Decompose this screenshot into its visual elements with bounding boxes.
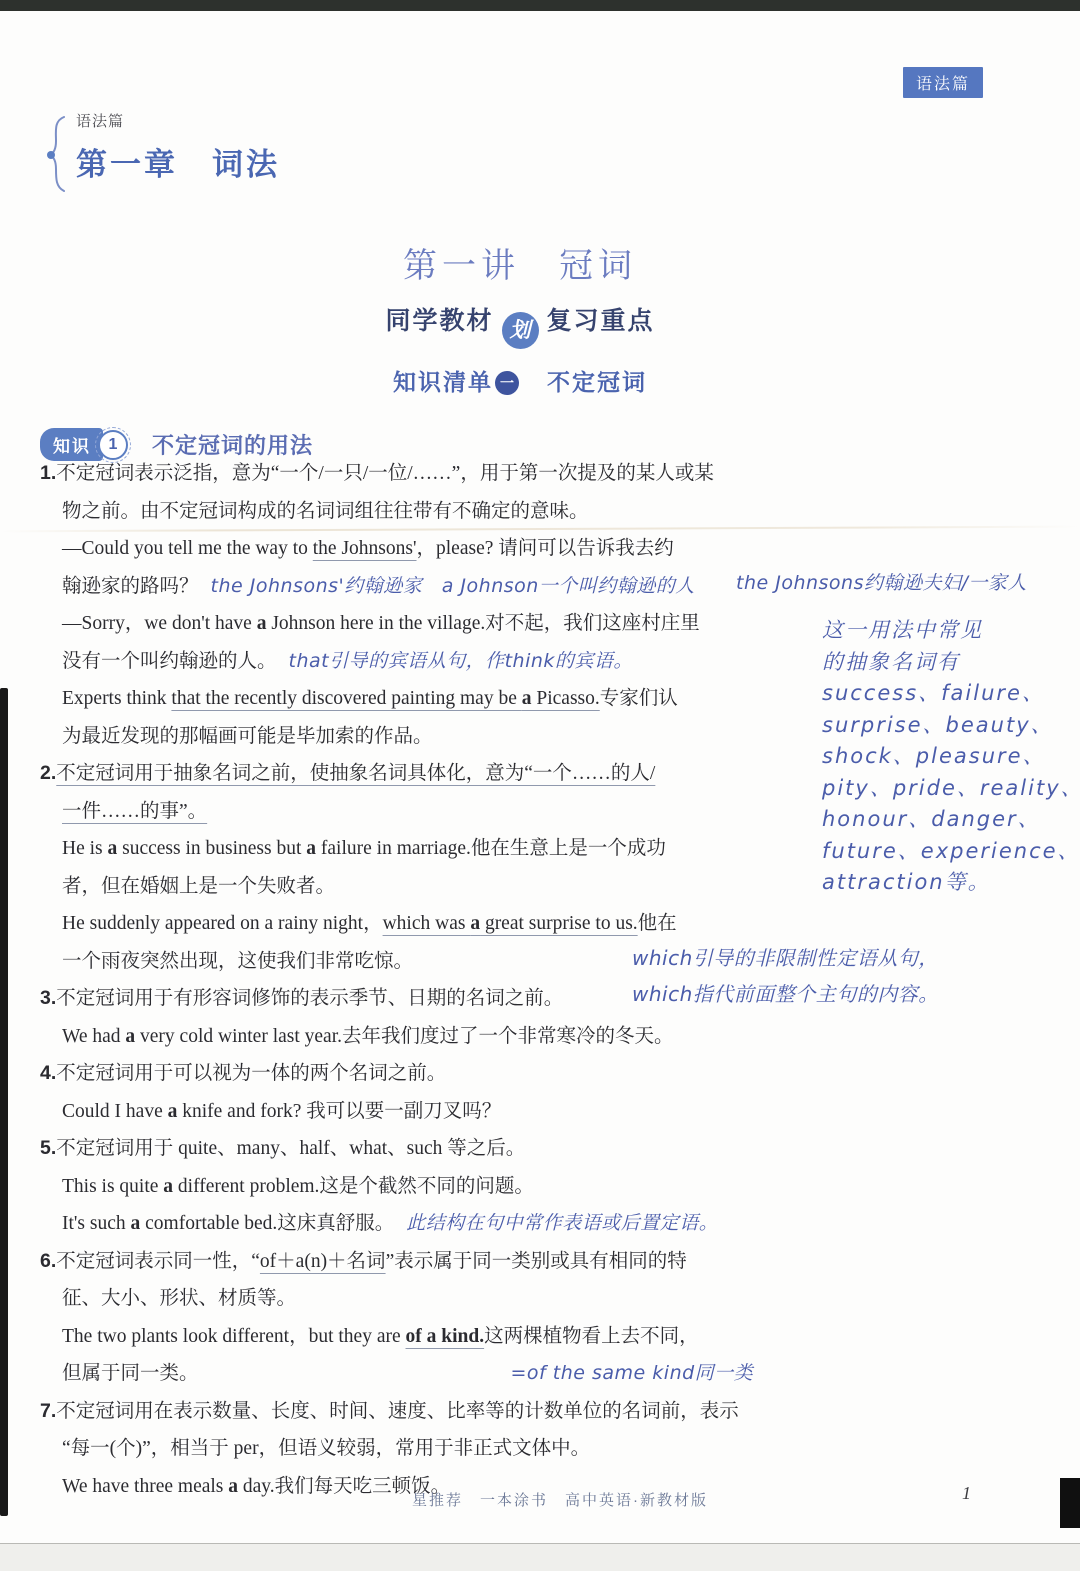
lecture-title: 第一讲 冠词 — [0, 238, 1040, 287]
handwritten-note-line: which引导的非限制性定语从句， — [632, 946, 939, 970]
item-number: 2. — [40, 762, 56, 784]
handwritten-note: 此结构在句中常作表语或后置定语。 — [406, 1212, 718, 1234]
text-segment: He is — [62, 838, 108, 859]
text-segment: 一个雨夜突然出现，这使我们非常吃惊。 — [62, 951, 413, 972]
footer-text: 星推荐 一本涂书 高中英语·新教材版 — [160, 1489, 960, 1510]
text-segment: We had — [62, 1026, 125, 1047]
text-segment: 者，但在婚姻上是一个失败者。 — [62, 876, 335, 897]
text-segment: 没有一个叫约翰逊的人。 — [62, 651, 277, 672]
example-block: The two plants look different，but they a… — [40, 1318, 1050, 1393]
page-number: 1 — [962, 1483, 971, 1504]
text-segment: different problem.这是个截然不同的问题。 — [173, 1176, 534, 1197]
text-segment: 这两棵植物看上去不同， — [484, 1326, 699, 1347]
text-segment: 不定冠词用于抽象名词之前，使抽象名词具体化，意为“一个……的人/ — [56, 763, 655, 784]
text-segment: He suddenly appeared on a rainy night， — [62, 913, 383, 934]
spacer — [199, 1378, 499, 1379]
handwritten-note-line: success、failure、 — [822, 681, 1045, 705]
text-segment: of＋a(n)＋名词 — [260, 1251, 386, 1272]
strip-left-label: 同学教材 — [385, 307, 493, 335]
text-segment: —Could you tell me the way to — [62, 538, 313, 559]
text-segment: 不定冠词用于可以视为一体的两个名词之前。 — [56, 1063, 446, 1084]
grammar-point: 5.不定冠词用于 quite、many、half、what、such 等之后。 — [40, 1130, 1050, 1168]
text-segment: comfortable bed.这床真舒服。 — [140, 1213, 394, 1234]
handwritten-note: that引导的宾语从句，作think的宾语。 — [289, 650, 633, 672]
handwritten-note: =of the same kind同一类 — [511, 1362, 754, 1384]
text-segment: ，please? 请问可以告诉我去约 — [417, 538, 674, 559]
handwritten-note-line: honour、danger、 — [822, 807, 1041, 831]
text-segment: Could I have — [62, 1101, 168, 1122]
text-segment: failure in marriage.他在生意上是一个成功 — [316, 838, 666, 859]
note-which-clause: which引导的非限制性定语从句，which指代前面整个主句的内容。 — [632, 940, 939, 1012]
chapter-bracket-icon — [46, 114, 68, 199]
scan-edge-right — [1060, 1478, 1080, 1528]
example-block: We had a very cold winter last year.去年我们… — [40, 1018, 1050, 1056]
text-segment: 不定冠词表示泛指，意为“一个/一只/一位/……”，用于第一次提及的某人或某 — [56, 463, 714, 484]
text-segment: 为最近发现的那幅画可能是毕加索的作品。 — [62, 726, 433, 747]
text-segment: The two plants look different，but they a… — [62, 1326, 406, 1347]
handwritten-note: the Johnsons'约翰逊家 a Johnson一个叫约翰逊的人 — [211, 575, 695, 597]
scan-edge-top — [0, 0, 1080, 11]
text-segment: 征、大小、形状、材质等。 — [62, 1288, 296, 1309]
item-number: 5. — [40, 1137, 56, 1159]
text-segment: Johnson here in the village.对不起，我们这座村庄里 — [266, 613, 699, 634]
handwritten-note-line: shock、pleasure、 — [822, 744, 1046, 768]
example-block: This is quite a different problem.这是个截然不… — [40, 1168, 1050, 1206]
text-segment: a — [470, 913, 480, 934]
handwritten-note-line: surprise、beauty、 — [822, 713, 1054, 737]
example-block: It's such a comfortable bed.这床真舒服。此结构在句中… — [40, 1205, 1050, 1243]
text-segment: knife and fork? 我可以要一副刀叉吗？ — [177, 1101, 501, 1122]
text-segment: Experts think — [62, 688, 171, 709]
list-title: 不定冠词 — [547, 369, 647, 395]
grammar-point: 1.不定冠词表示泛指，意为“一个/一只/一位/……”，用于第一次提及的某人或某物… — [40, 455, 1050, 530]
handwritten-note-line: the Johnsons约翰逊夫妇/一家人 — [736, 572, 1027, 594]
review-strip: 同学教材划复习重点 — [0, 301, 1040, 349]
knowledge-list-heading: 知识清单一不定冠词 — [0, 364, 1040, 397]
strip-right-label: 复习重点 — [547, 307, 655, 335]
text-segment: the Johnsons' — [313, 538, 417, 559]
scan-edge-bottom — [0, 1543, 1080, 1571]
text-segment: 他在 — [638, 913, 677, 934]
scan-edge-left — [0, 688, 8, 1516]
hua-badge-icon: 划 — [502, 312, 539, 349]
text-segment: very cold winter last year.去年我们度过了一个非常寒冷… — [135, 1026, 673, 1047]
text-segment: It's such — [62, 1213, 131, 1234]
text-segment: 但属于同一类。 — [62, 1363, 199, 1384]
textbook-page: 语法篇 语法篇 第一章 词法 第一讲 冠词 同学教材划复习重点 知识清单一不定冠… — [0, 0, 1080, 1571]
text-segment: which was — [383, 913, 471, 934]
example-block: Could I have a knife and fork? 我可以要一副刀叉吗… — [40, 1093, 1050, 1131]
item-number: 4. — [40, 1062, 56, 1084]
text-segment: 不定冠词用于有形容词修饰的表示季节、日期的名词之前。 — [56, 988, 563, 1009]
text-segment: a — [306, 838, 316, 859]
text-segment: ”表示属于同一类别或具有相同的特 — [386, 1251, 687, 1272]
part-label: 语法篇 — [76, 110, 280, 131]
note-johnsons-family: the Johnsons约翰逊夫妇/一家人 — [736, 571, 1027, 595]
handwritten-note-line: which指代前面整个主句的内容。 — [632, 982, 939, 1006]
chapter-title: 第一章 词法 — [76, 139, 280, 184]
handwritten-note-line: pity、pride、reality、 — [822, 776, 1080, 800]
note-abstract-nouns: 这一用法中常见的抽象名词有success、failure、surprise、be… — [822, 615, 1080, 899]
handwritten-note-line: attraction等。 — [822, 870, 991, 894]
text-segment: 不定冠词用于 quite、many、half、what、such 等之后。 — [56, 1138, 525, 1159]
item-number: 7. — [40, 1400, 56, 1422]
text-segment: 一件……的事”。 — [62, 801, 207, 822]
text-segment: success in business but — [117, 838, 306, 859]
item-number: 3. — [40, 987, 56, 1009]
grammar-point: 4.不定冠词用于可以视为一体的两个名词之前。 — [40, 1055, 1050, 1093]
text-segment: “每一(个)”，相当于 per，但语义较弱，常用于非正式文体中。 — [62, 1438, 590, 1459]
grammar-point: 6.不定冠词表示同一性，“of＋a(n)＋名词”表示属于同一类别或具有相同的特征… — [40, 1243, 1050, 1318]
grammar-point: 7.不定冠词用在表示数量、长度、时间、速度、比率等的计数单位的名词前，表示“每一… — [40, 1393, 1050, 1468]
text-segment: 不定冠词用在表示数量、长度、时间、速度、比率等的计数单位的名词前，表示 — [56, 1401, 739, 1422]
text-segment: a — [163, 1176, 173, 1197]
handwritten-note-line: 的抽象名词有 — [822, 650, 960, 674]
text-segment: a — [125, 1026, 135, 1047]
text-segment: of a kind. — [406, 1326, 485, 1347]
text-segment: —Sorry，we don't have — [62, 613, 257, 634]
text-segment: a — [131, 1213, 141, 1234]
text-segment: a — [168, 1101, 178, 1122]
text-segment: a — [108, 838, 118, 859]
handwritten-note-line: 这一用法中常见 — [822, 618, 983, 642]
chapter-header: 语法篇 第一章 词法 — [46, 110, 280, 199]
text-segment: 不定冠词表示同一性，“ — [56, 1251, 260, 1272]
text-segment: 专家们认 — [600, 688, 678, 709]
text-segment: a — [257, 613, 267, 634]
list-number-one-icon: 一 — [495, 371, 519, 395]
corner-tag-grammar: 语法篇 — [903, 67, 983, 98]
text-segment: This is quite — [62, 1176, 163, 1197]
text-segment: Picasso. — [532, 688, 600, 709]
text-segment: that the recently discovered painting ma… — [171, 688, 521, 709]
text-segment: great surprise to us. — [480, 913, 638, 934]
item-number: 1. — [40, 462, 56, 484]
text-segment: 物之前。由不定冠词构成的名词词组往往带有不确定的意味。 — [62, 501, 589, 522]
list-label: 知识清单 — [393, 369, 493, 395]
handwritten-note-line: future、experience、 — [822, 839, 1080, 863]
text-segment: a — [522, 688, 532, 709]
text-segment: 翰逊家的路吗？ — [62, 576, 199, 597]
item-number: 6. — [40, 1250, 56, 1272]
